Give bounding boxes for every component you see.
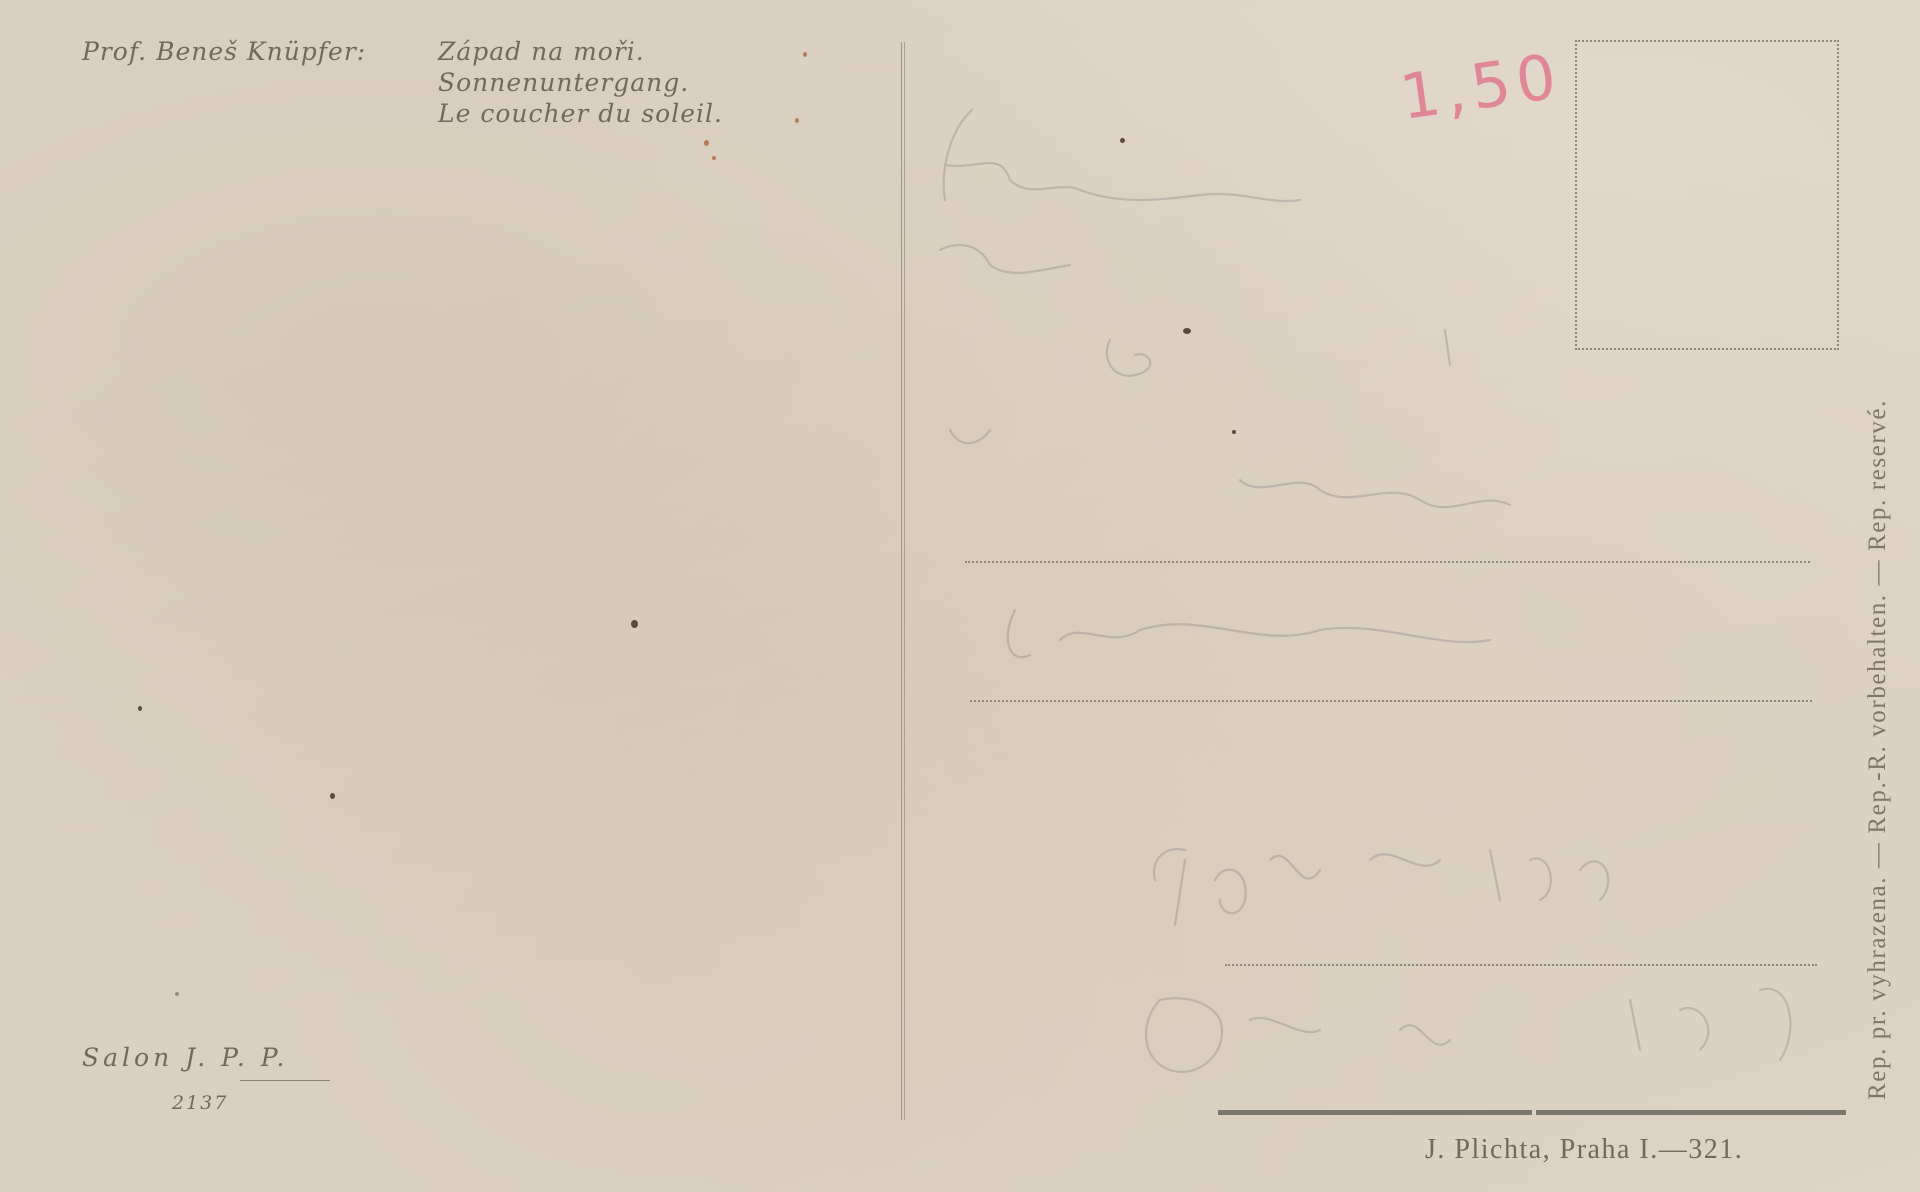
rust-spot <box>803 52 807 57</box>
paper-speck <box>631 620 638 628</box>
address-line-3 <box>1225 964 1817 966</box>
address-baseline-left <box>1218 1110 1532 1115</box>
serial-number: 2137 <box>172 1092 228 1114</box>
publisher-underline <box>240 1080 330 1081</box>
paper-speck <box>1183 328 1191 334</box>
paper-speck <box>175 992 179 996</box>
publisher-mark: Salon J. P. P. <box>82 1043 288 1072</box>
postcard-back: Prof. Beneš Knüpfer: Západ na moři. Sonn… <box>0 0 1920 1192</box>
artist-name: Prof. Beneš Knüpfer: <box>82 36 438 67</box>
rust-spot <box>795 118 799 123</box>
price-mark: 1,50 <box>1396 39 1567 134</box>
paper-speck <box>1232 430 1236 434</box>
address-line-2 <box>970 700 1812 702</box>
stamp-box <box>1575 40 1839 350</box>
printer-imprint: J. Plichta, Praha I.—321. <box>1425 1134 1743 1166</box>
rust-spot <box>704 140 709 146</box>
rights-notice: Rep. pr. vyhrazena. — Rep.-R. vorbehalte… <box>1864 399 1892 1100</box>
paper-speck <box>1120 138 1125 143</box>
paper-speck <box>138 706 142 711</box>
rust-spot <box>712 156 716 160</box>
title-german: Sonnenuntergang. <box>438 67 689 98</box>
center-divider <box>901 42 905 1120</box>
address-line-1 <box>965 561 1810 563</box>
title-french: Le coucher du soleil. <box>438 98 723 129</box>
title-czech: Západ na moři. <box>438 36 645 67</box>
artwork-caption: Prof. Beneš Knüpfer: Západ na moři. Sonn… <box>82 36 723 129</box>
paper-speck <box>330 793 335 799</box>
address-baseline-right <box>1536 1110 1846 1115</box>
